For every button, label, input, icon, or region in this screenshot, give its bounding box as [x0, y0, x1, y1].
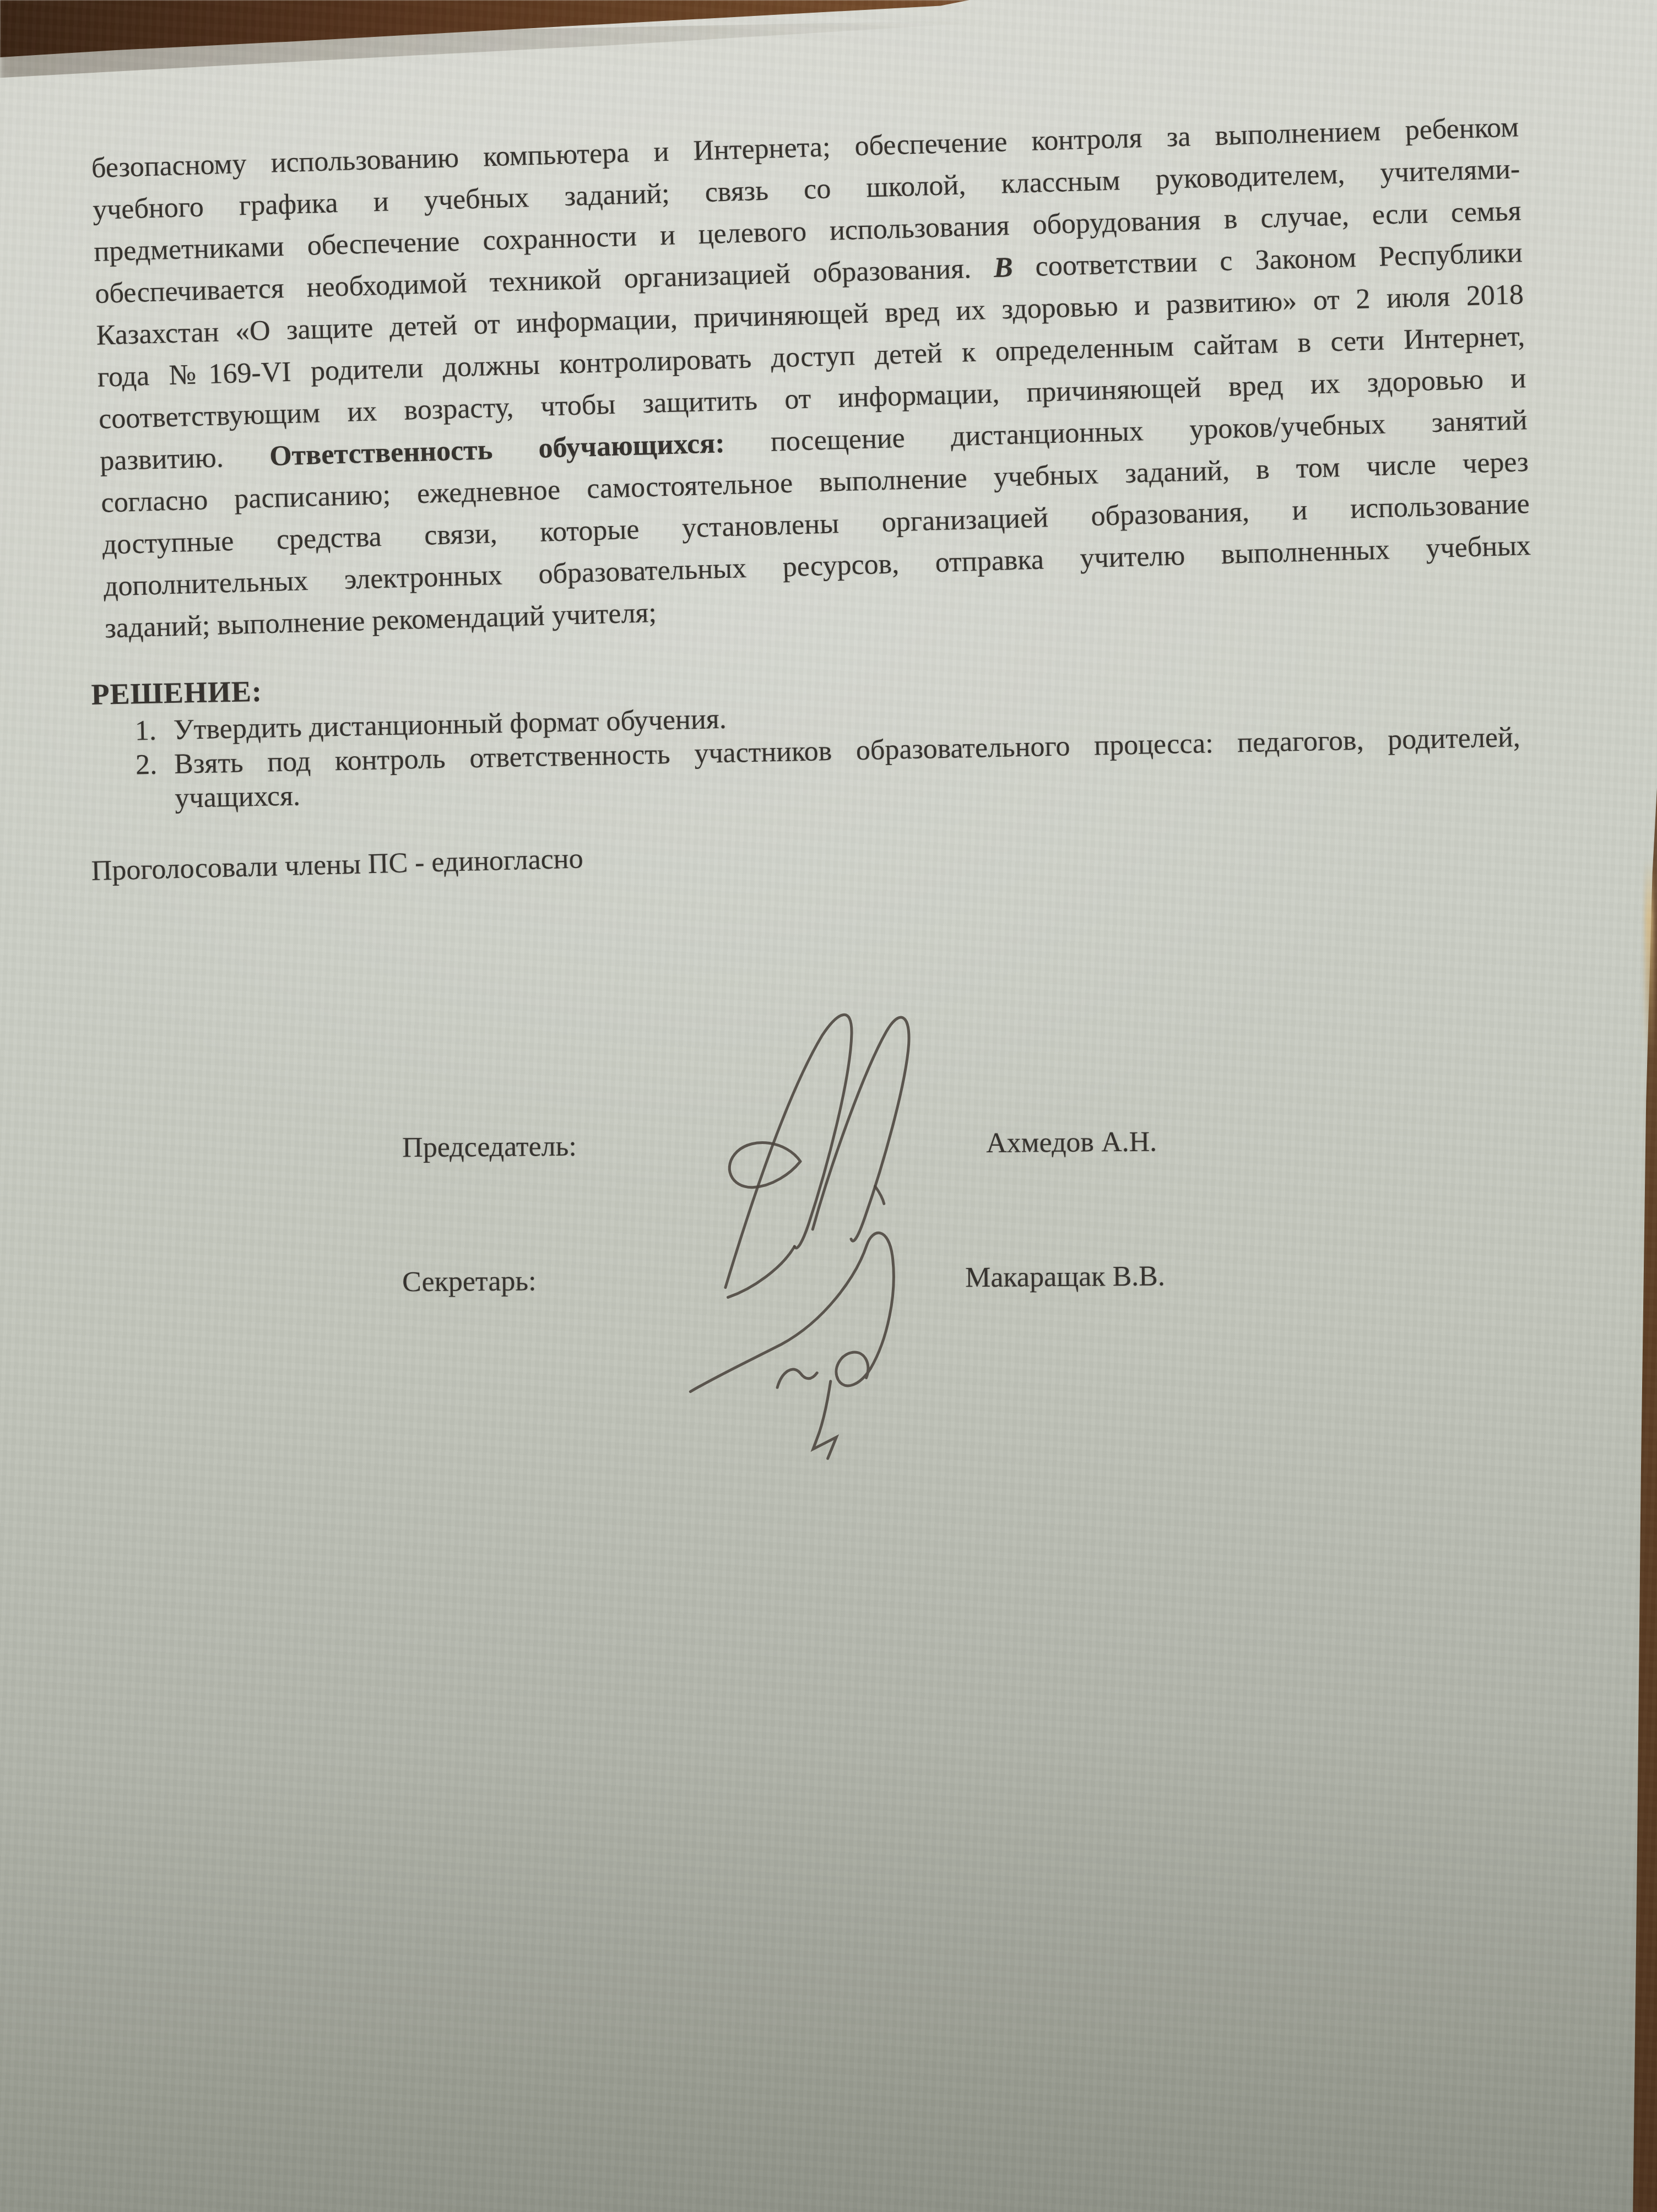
vote-result-line: Проголосовали члены ПС - единогласно: [91, 842, 583, 887]
signature-row-secretary: Секретарь: Макаращак В.В.: [0, 1256, 1657, 1308]
signature-row-chairman: Председатель: Ахмедов А.Н.: [0, 1121, 1657, 1173]
resolution-item-number: 1.: [134, 713, 174, 748]
signature-role-label: Секретарь:: [402, 1265, 537, 1298]
resolution-item-number: 2.: [136, 747, 175, 782]
signature-name: Макаращак В.В.: [965, 1260, 1165, 1294]
document-page: безопасному использованию компьютера и И…: [0, 0, 1657, 2212]
signature-name: Ахмедов А.Н.: [986, 1126, 1157, 1159]
paragraph: безопасному использованию компьютера и И…: [91, 106, 1533, 649]
document-photo: безопасному использованию компьютера и И…: [0, 0, 1657, 2212]
signature-role-label: Председатель:: [402, 1130, 577, 1164]
resolution-section: РЕШЕНИЕ: 1.Утвердить дистанционный форма…: [91, 649, 1521, 817]
